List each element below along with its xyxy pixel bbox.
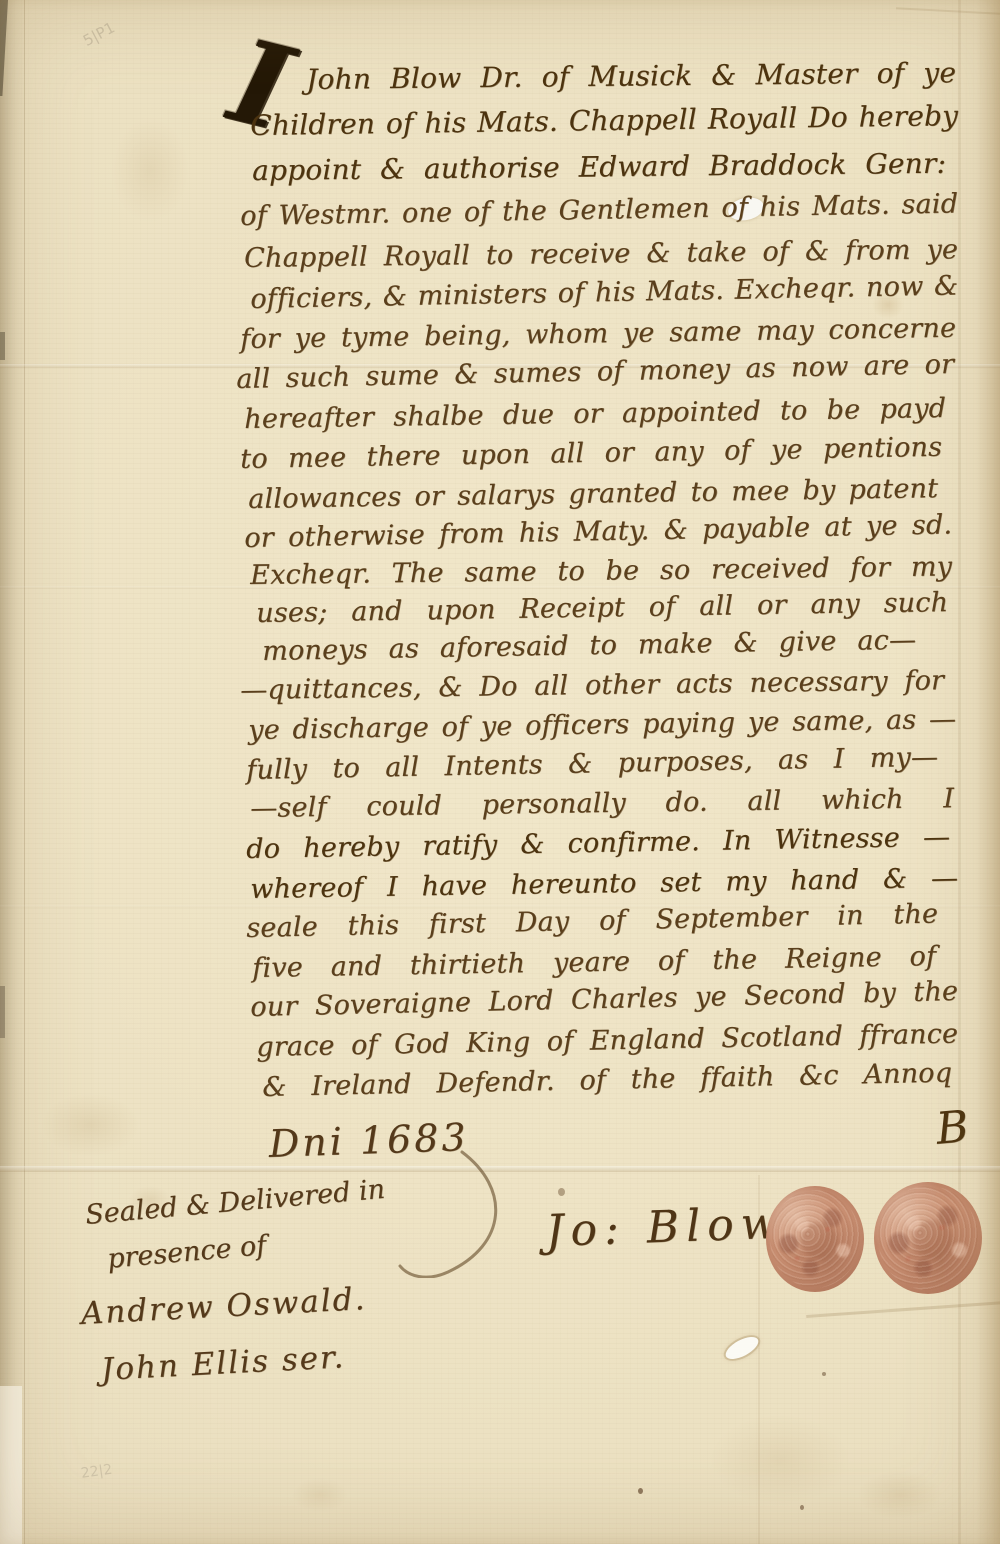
stain <box>20 1080 160 1170</box>
witness-signature-ellis: John Ellis ser. <box>100 1339 346 1388</box>
manuscript-line: Children of his Mats. Chappell Royall Do… <box>250 100 958 142</box>
witness-line: presence of <box>106 1230 267 1275</box>
paper-left-edge <box>0 0 26 1544</box>
pencil-annotation-bottom-left: 22|2 <box>80 1462 113 1482</box>
ink-speck <box>558 1188 565 1196</box>
manuscript-line: Excheqr. The same to be so received for … <box>250 551 952 591</box>
manuscript-line: do hereby ratify & confirme. In Witnesse… <box>246 822 950 865</box>
manuscript-line: or otherwise from his Maty. & payable at… <box>244 509 952 554</box>
manuscript-line: five and thirtieth yeare of the Reigne o… <box>252 941 936 984</box>
manuscript-line: hereafter shalbe due or appointed to be … <box>244 393 946 435</box>
manuscript-line: Chappell Royall to receive & take of & f… <box>244 234 958 274</box>
scan-sliver-mid-left <box>0 332 5 360</box>
wax-seal-right <box>874 1182 982 1294</box>
manuscript-line: seale this first Day of September in the <box>246 899 938 945</box>
manuscript-date-line: Dni 1683 <box>268 1115 469 1166</box>
stain <box>680 1395 880 1525</box>
manuscript-line: whereof I have hereunto set my hand & — <box>250 863 958 905</box>
wax-seal-left <box>766 1186 864 1292</box>
manuscript-line: fully to all Intents & purposes, as I my… <box>246 742 938 786</box>
fold-crease-vertical <box>958 0 961 1544</box>
manuscript-line: —self could personally do. all which I <box>250 783 954 824</box>
paper-corner-curl <box>0 1386 22 1544</box>
paper-hole <box>722 1332 761 1363</box>
manuscript-line: John Blow Dr. of Musick & Master of ye <box>306 57 956 96</box>
manuscript-line: all such sume & sumes of money as now ar… <box>236 349 954 395</box>
manuscript-line: grace of God King of England Scotland ff… <box>256 1019 958 1064</box>
manuscript-line: to mee there upon all or any of ye penti… <box>240 432 942 475</box>
scan-sliver-low-left <box>0 986 5 1038</box>
manuscript-line: our Soveraigne Lord Charles ye Second by… <box>250 976 959 1023</box>
manuscript-line: for ye tyme being, whom ye same may conc… <box>240 313 956 355</box>
corner-crease-diagonal <box>806 1301 1000 1318</box>
manuscript-line: & Ireland Defendr. of the ffaith &c Anno… <box>262 1058 952 1103</box>
pencil-annotation-top-left: 5|P1 <box>80 18 118 49</box>
ink-speck <box>822 1372 826 1376</box>
ink-speck <box>638 1488 643 1494</box>
stain <box>280 1470 360 1520</box>
pen-flourish-tail <box>330 1148 540 1278</box>
manuscript-line: —quittances, & Do all other acts necessa… <box>240 665 944 706</box>
manuscript-line: of Westmr. one of the Gentlemen of his M… <box>240 188 958 232</box>
manuscript-line: ye discharge of ye officers paying ye sa… <box>248 704 956 746</box>
witness-line: Sealed & Delivered in <box>84 1174 386 1231</box>
manuscript-line: uses; and upon Receipt of all or any suc… <box>256 587 948 629</box>
signature-jo-blow: Jo: Blow <box>545 1198 786 1257</box>
manuscript-line: moneys as aforesaid to make & give ac— <box>262 625 916 667</box>
paper-left-seam <box>24 0 25 1544</box>
fold-crease <box>0 1166 1000 1172</box>
ink-speck <box>800 1505 804 1510</box>
stain <box>95 95 205 245</box>
stain <box>840 1460 960 1530</box>
paper-right-edge <box>976 0 1000 1544</box>
manuscript-page: 5|P1 22|2 I John Blow Dr. of Musick & Ma… <box>0 0 1000 1544</box>
witness-signature-oswald: Andrew Oswald. <box>80 1281 367 1332</box>
manuscript-line: officiers, & ministers of his Mats. Exch… <box>250 270 958 315</box>
flourish-mark: B <box>934 1101 971 1155</box>
manuscript-line: appoint & authorise Edward Braddock Genr… <box>252 148 946 187</box>
manuscript-line: allowances or salarys granted to mee by … <box>248 473 938 515</box>
